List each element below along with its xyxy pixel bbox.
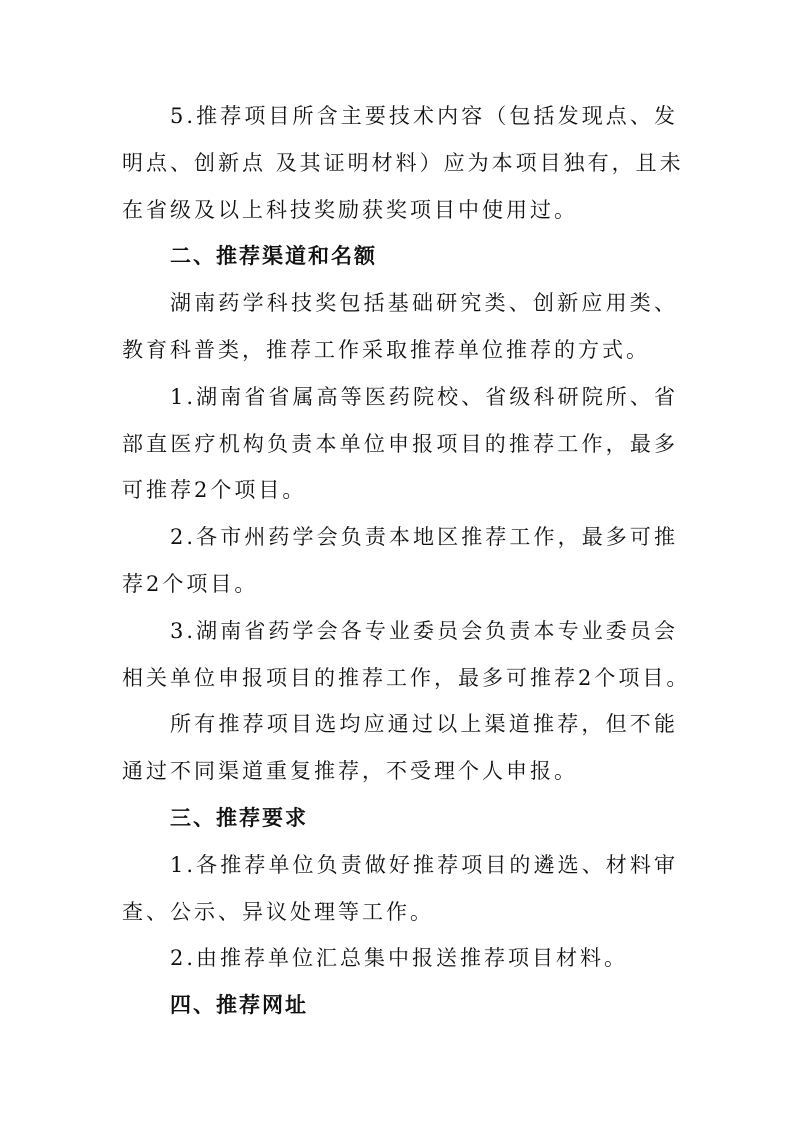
- paragraph-req1-line-1: 1.各推荐单位负责做好推荐项目的遴选、材料审: [170, 850, 678, 880]
- paragraph-channel2-line-2: 荐2个项目。: [122, 569, 678, 599]
- section-heading-channels: 二、推荐渠道和名额: [170, 241, 678, 271]
- document-page: 5.推荐项目所含主要技术内容（包括发现点、发 明点、创新点 及其证明材料）应为本…: [0, 0, 800, 1131]
- paragraph-channel3-line-1: 3.湖南省药学会各专业委员会负责本专业委员会: [170, 616, 678, 646]
- section-heading-website: 四、推荐网址: [170, 990, 678, 1020]
- paragraph-channel1-line-3: 可推荐2个项目。: [122, 475, 678, 505]
- section-heading-requirements: 三、推荐要求: [170, 803, 678, 833]
- paragraph-intro-line-2: 教育科普类，推荐工作采取推荐单位推荐的方式。: [122, 335, 678, 365]
- paragraph-req1-line-2: 查、公示、异议处理等工作。: [122, 897, 678, 927]
- paragraph-channel2-line-1: 2.各市州药学会负责本地区推荐工作，最多可推: [170, 522, 678, 552]
- paragraph-item5-line-2: 明点、创新点 及其证明材料）应为本项目独有，且未: [122, 148, 678, 178]
- paragraph-item5-line-1: 5.推荐项目所含主要技术内容（包括发现点、发: [170, 101, 678, 131]
- paragraph-item5-line-3: 在省级及以上科技奖励获奖项目中使用过。: [122, 195, 678, 225]
- paragraph-note-line-1: 所有推荐项目选均应通过以上渠道推荐，但不能: [170, 709, 678, 739]
- paragraph-req2-line-1: 2.由推荐单位汇总集中报送推荐项目材料。: [170, 943, 678, 973]
- paragraph-note-line-2: 通过不同渠道重复推荐，不受理个人申报。: [122, 756, 678, 786]
- paragraph-channel1-line-1: 1.湖南省省属高等医药院校、省级科研院所、省: [170, 382, 678, 412]
- paragraph-intro-line-1: 湖南药学科技奖包括基础研究类、创新应用类、: [170, 288, 678, 318]
- paragraph-channel1-line-2: 部直医疗机构负责本单位申报项目的推荐工作，最多: [122, 429, 678, 459]
- paragraph-channel3-line-2: 相关单位申报项目的推荐工作，最多可推荐2个项目。: [122, 663, 678, 693]
